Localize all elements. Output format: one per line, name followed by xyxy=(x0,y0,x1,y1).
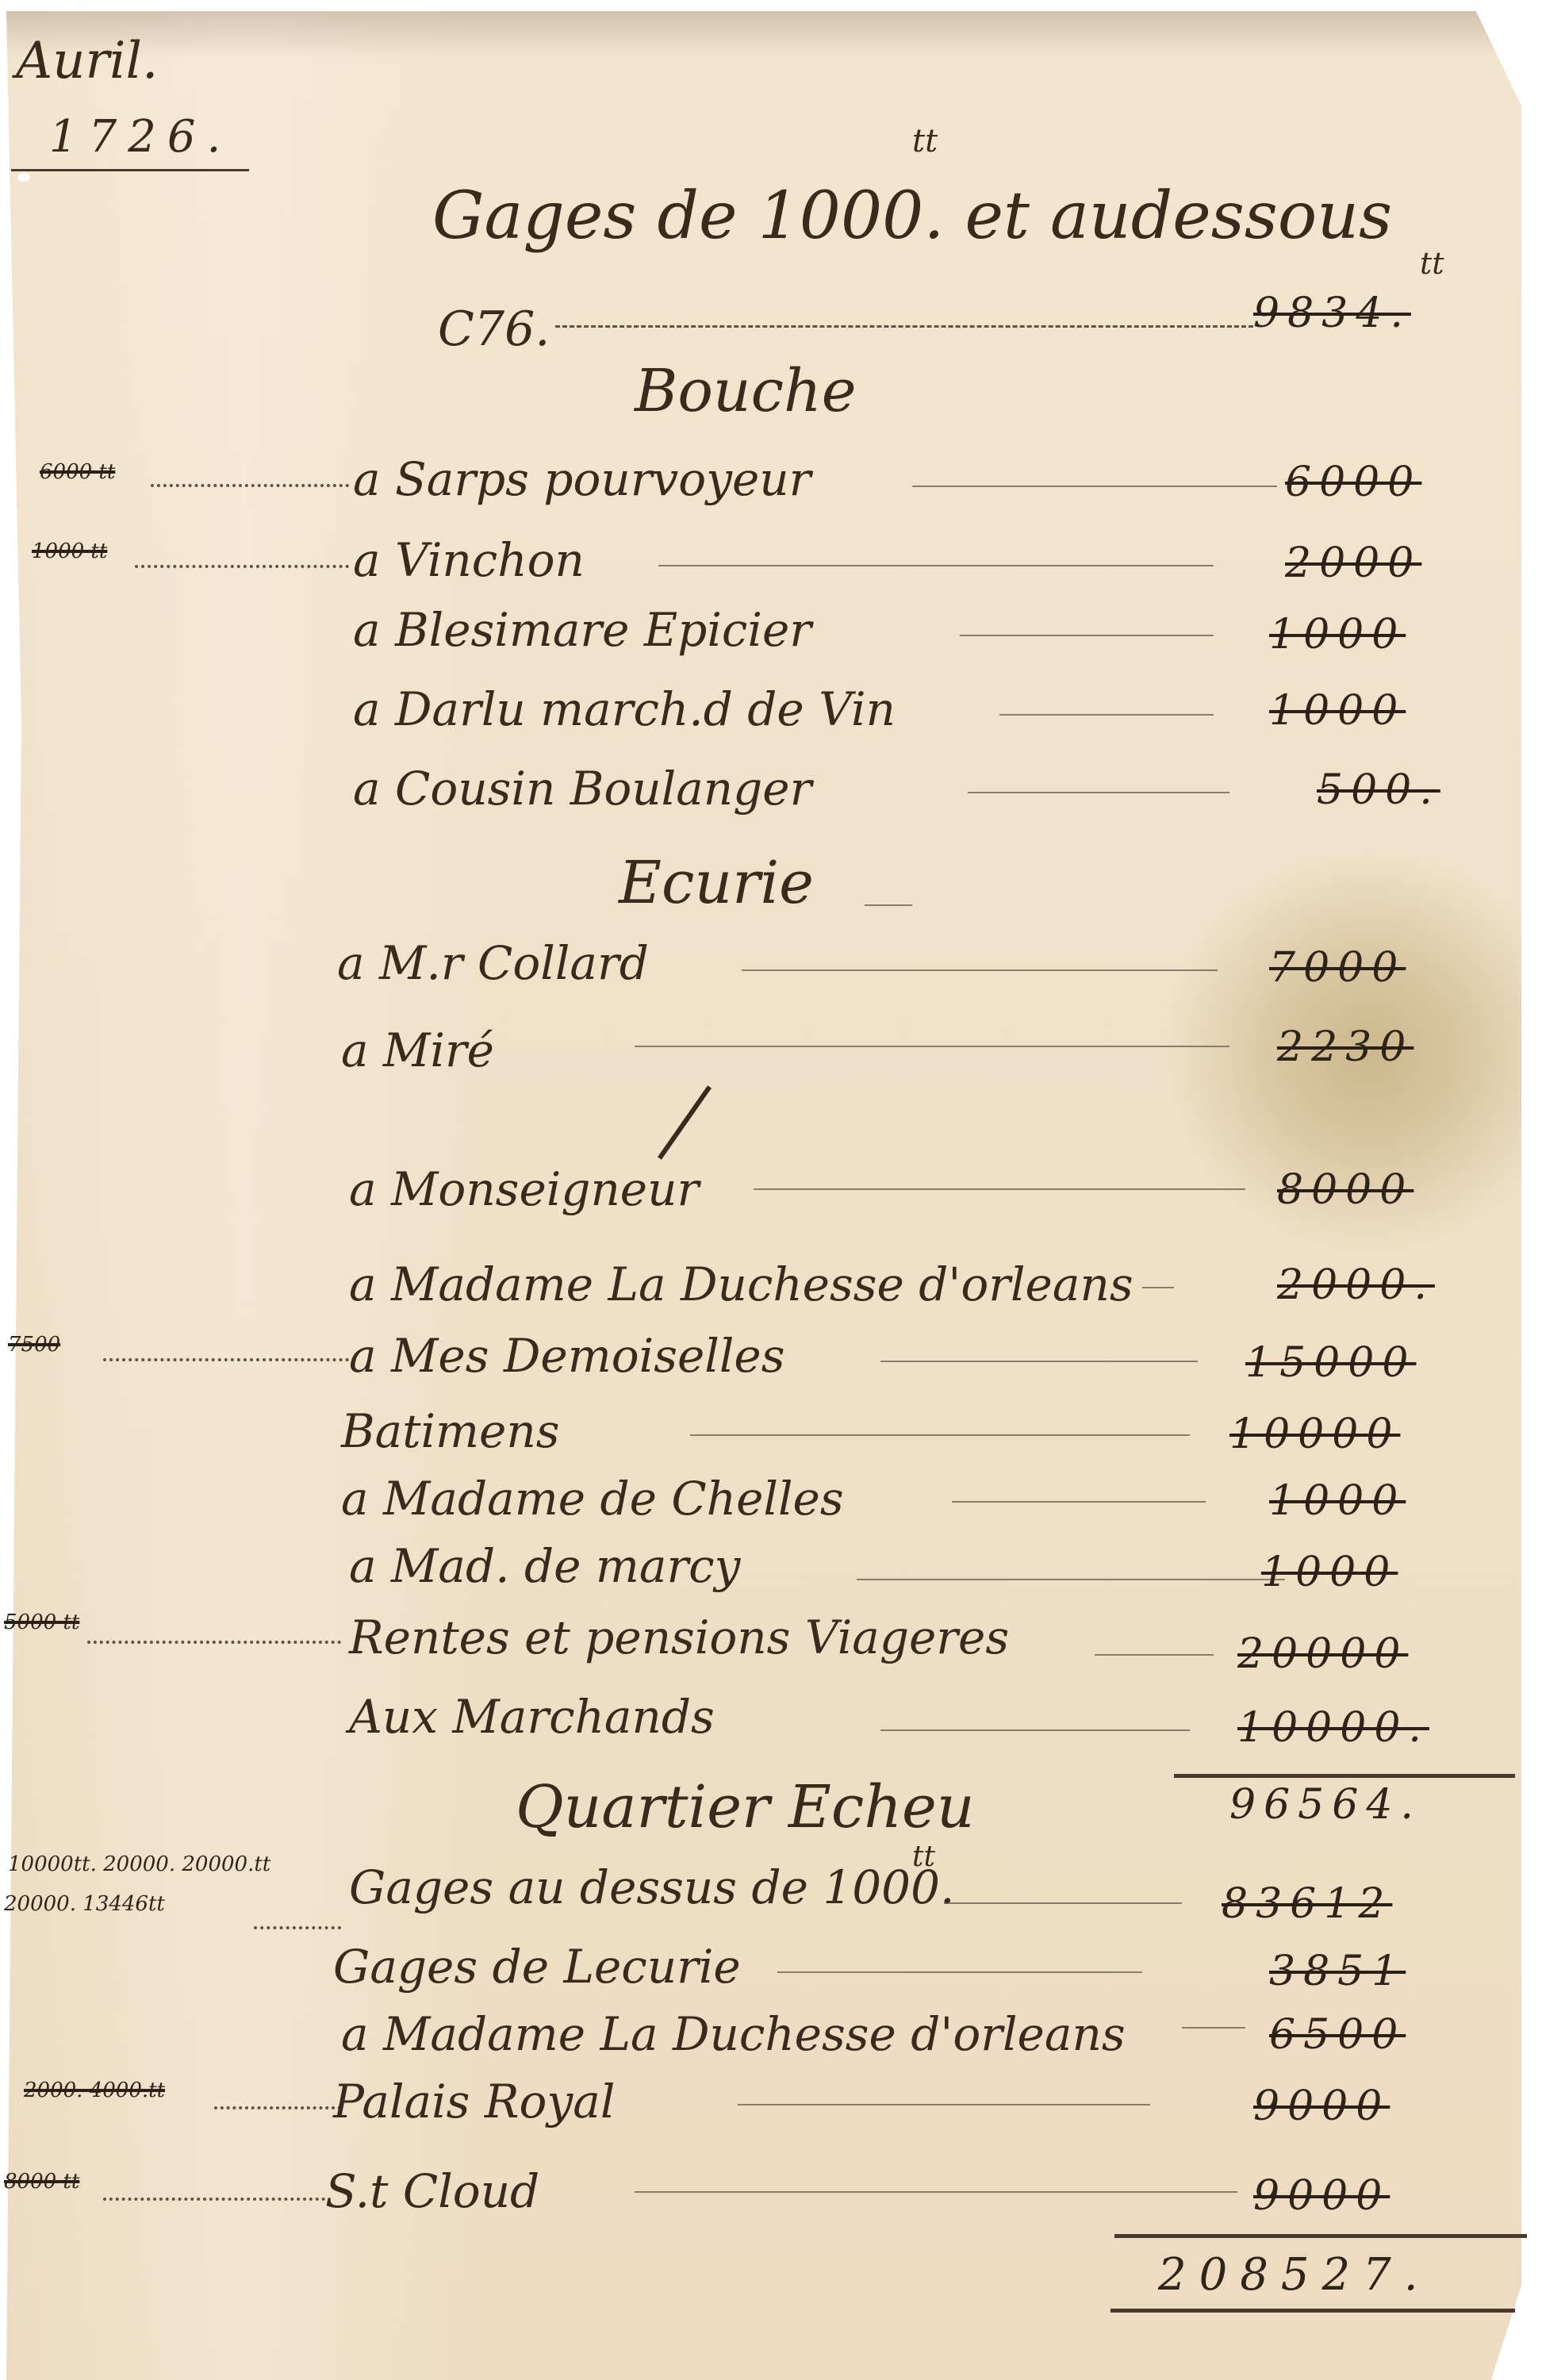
entry-label: Gages au dessus de 1000. xyxy=(349,1860,954,1914)
section-heading-ecurie: Ecurie xyxy=(619,849,814,917)
entry-label: Rentes et pensions Viageres xyxy=(349,1610,1009,1664)
title-currency: tt xyxy=(912,123,938,159)
entry-amount: 2230 xyxy=(1277,1023,1413,1071)
title-prefix: C76. xyxy=(438,301,550,357)
entry-leader xyxy=(999,714,1214,716)
entry-amount: 9000 xyxy=(1253,2082,1390,2130)
title-amount-currency: tt xyxy=(1420,246,1444,281)
entry-label: a Vinchon xyxy=(353,533,585,587)
margin-leader xyxy=(214,2106,341,2109)
margin-note: 5000 tt xyxy=(4,1610,79,1634)
entry-leader xyxy=(658,565,1214,566)
paper-hole xyxy=(17,173,30,182)
entry-leader xyxy=(944,1902,1182,1904)
entry-label: Batimens xyxy=(341,1404,560,1458)
entry-label: a Darlu march.d de Vin xyxy=(353,682,896,736)
entry-label: a Sarps pourvoyeur xyxy=(353,452,811,506)
heading-dash xyxy=(865,904,912,906)
entry-amount: 2000. xyxy=(1277,1261,1435,1309)
section-heading-bouche: Bouche xyxy=(635,357,857,425)
entry-leader xyxy=(952,1501,1206,1503)
margin-leader xyxy=(103,1358,349,1361)
entry-amount: 1000 xyxy=(1269,1477,1406,1525)
margin-note: 7500 xyxy=(8,1333,60,1357)
entry-label: a Madame La Duchesse d'orleans xyxy=(341,2007,1126,2061)
margin-leader xyxy=(87,1641,341,1644)
margin-note: 8000 tt xyxy=(4,2170,79,2194)
entry-leader xyxy=(690,1434,1190,1436)
entry-label: Palais Royal xyxy=(333,2075,615,2129)
entry-amount: 500. xyxy=(1317,766,1440,814)
margin-note: 6000 tt xyxy=(40,460,115,484)
entry-amount: 6000 xyxy=(1285,459,1421,506)
section-heading-quartier: Quartier Echeu xyxy=(516,1773,975,1841)
subtotal-amount: 96564. xyxy=(1229,1781,1421,1829)
grand-total-rule-top xyxy=(1114,2234,1527,2238)
entry-label: a Mad. de marcy xyxy=(349,1539,740,1593)
entry-label: Gages de Lecurie xyxy=(333,1940,741,1994)
entry-label: a Madame La Duchesse d'orleans xyxy=(349,1257,1133,1311)
entry-amount: 3851 xyxy=(1269,1948,1406,1995)
entry-amount: 10000. xyxy=(1237,1704,1429,1752)
title-amount: 9834. xyxy=(1253,290,1411,337)
entry-amount: 1000 xyxy=(1261,1549,1398,1596)
entry-leader xyxy=(754,1188,1245,1190)
grand-total-amount: 208527. xyxy=(1158,2249,1431,2301)
entry-leader xyxy=(635,2191,1237,2193)
entry-label: a Blesimare Epicier xyxy=(353,603,811,657)
entry-leader xyxy=(880,1729,1190,1731)
margin-note: 2000. 4000.tt xyxy=(24,2079,165,2102)
entry-leader xyxy=(742,969,1218,971)
entry-leader xyxy=(1095,1654,1214,1656)
entry-leader xyxy=(1142,1287,1174,1288)
date-underline xyxy=(11,169,249,171)
margin-note-line2: 20000. 13446tt xyxy=(4,1892,165,1916)
subtotal-rule xyxy=(1174,1774,1515,1778)
entry-label: a Miré xyxy=(341,1023,494,1077)
entry-label: a Monseigneur xyxy=(349,1162,699,1216)
entry-leader xyxy=(912,486,1277,487)
entry-amount: 15000 xyxy=(1245,1339,1416,1387)
margin-leader xyxy=(103,2198,325,2201)
entry-amount: 9000 xyxy=(1253,2172,1390,2220)
margin-leader xyxy=(254,1926,341,1929)
margin-note: 1000 tt xyxy=(32,539,107,563)
entry-leader xyxy=(635,1046,1229,1047)
entry-amount: 8000 xyxy=(1277,1166,1413,1214)
entry-label: S.t Cloud xyxy=(325,2164,539,2218)
entry-label: Aux Marchands xyxy=(349,1690,715,1744)
entry-leader xyxy=(777,1971,1142,1973)
entry-label: a Cousin Boulanger xyxy=(353,762,811,816)
entry-amount: 83612 xyxy=(1222,1880,1392,1928)
margin-leader xyxy=(135,565,349,568)
entry-leader xyxy=(960,635,1214,636)
date-year: 1726. xyxy=(49,111,232,163)
entry-label-currency: tt xyxy=(912,1841,935,1873)
page-title: Gages de 1000. et audessous xyxy=(432,178,1392,254)
grand-total-rule-bottom xyxy=(1110,2309,1515,2313)
entry-amount: 6500 xyxy=(1269,2011,1406,2059)
title-leader xyxy=(555,325,1253,328)
date-month: Auril. xyxy=(16,32,158,90)
entry-amount: 1000 xyxy=(1269,687,1406,735)
entry-label: a Madame de Chelles xyxy=(341,1472,844,1526)
entry-amount: 20000 xyxy=(1237,1630,1408,1678)
entry-leader xyxy=(968,792,1229,793)
entry-leader xyxy=(857,1579,1285,1580)
entry-label: a M.r Collard xyxy=(337,936,649,990)
margin-note-line1: 10000tt. 20000. 20000.tt xyxy=(8,1852,270,1876)
entry-leader xyxy=(1182,2027,1245,2029)
entry-leader xyxy=(880,1361,1198,1362)
entry-label: a Mes Demoiselles xyxy=(349,1329,785,1383)
entry-amount: 10000 xyxy=(1229,1411,1400,1458)
entry-amount: 7000 xyxy=(1269,944,1406,992)
entry-amount: 1000 xyxy=(1269,611,1406,658)
margin-leader xyxy=(151,484,349,487)
entry-amount: 2000 xyxy=(1285,539,1421,587)
entry-leader xyxy=(738,2104,1150,2106)
